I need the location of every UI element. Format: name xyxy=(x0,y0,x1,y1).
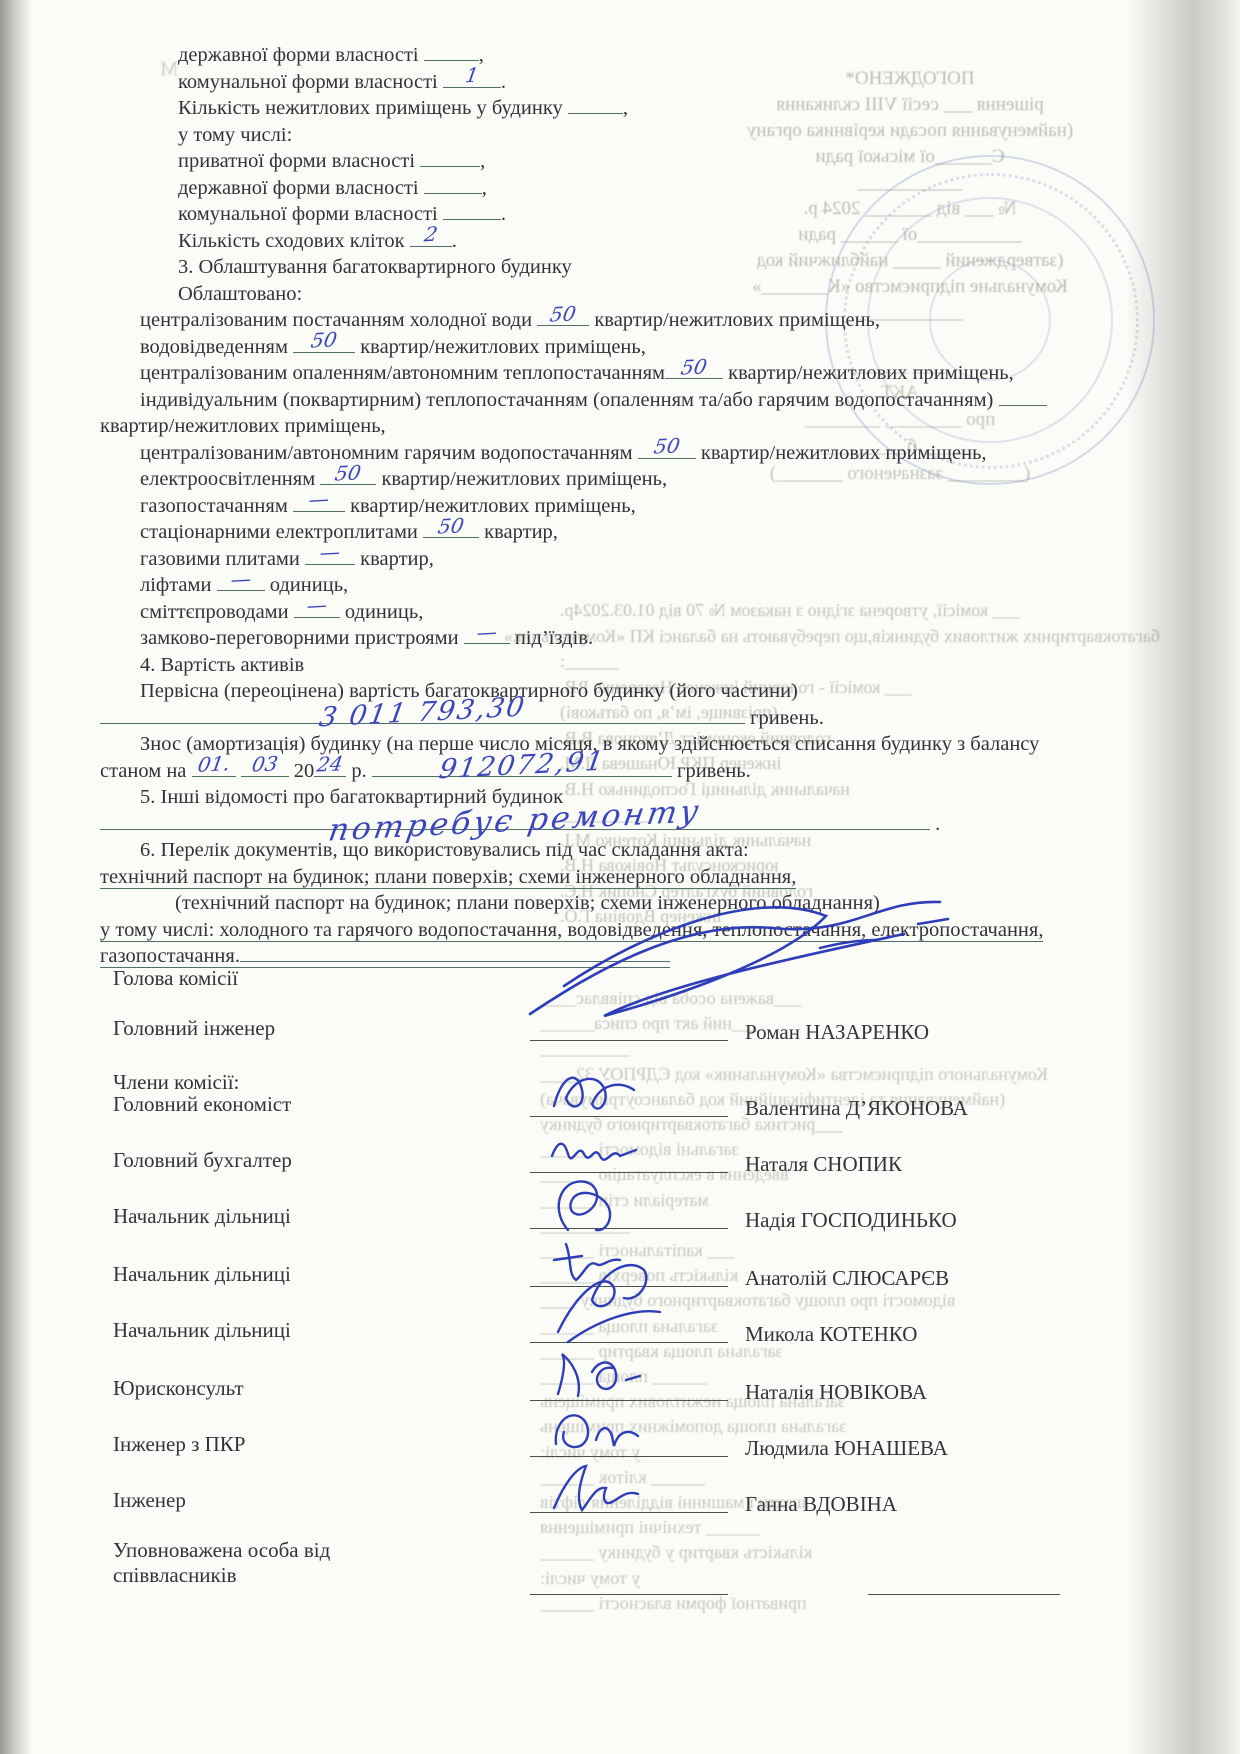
printed-text: газопостачання. xyxy=(100,945,240,967)
printed-text: гривень. xyxy=(672,760,751,782)
printed-text: , xyxy=(482,177,487,199)
body-line: газопостачанням — квартир/нежитлових при… xyxy=(140,493,1175,520)
body-line: індивідуальним (поквартирним) теплопоста… xyxy=(140,387,1175,414)
handwritten-value: — xyxy=(291,485,348,514)
printed-text: комунальної форми власності xyxy=(178,203,443,225)
signatory-name: Наталя СНОПИК xyxy=(745,1152,902,1177)
signatory-role-label: Начальник дільниці xyxy=(113,1262,291,1287)
body-line: Кількість нежитлових приміщень у будинку… xyxy=(178,95,1175,122)
blank-fill-line: 2 xyxy=(410,228,452,247)
signature-chairman-scribble xyxy=(520,862,980,1042)
signatory-name: Ганна ВДОВІНА xyxy=(745,1492,897,1517)
printed-text: квартир/нежитлових приміщень, xyxy=(589,309,880,331)
scanned-document-page: МПОГОДЖЕНО*рішення ___ сесії VIII склика… xyxy=(0,0,1240,1754)
document-body-text: державної форми власності ,комунальної ф… xyxy=(100,42,1175,970)
printed-text: . xyxy=(501,203,506,225)
printed-text: Кількість сходових кліток xyxy=(178,230,410,252)
blank-fill-line: 3 011 793,30 xyxy=(100,705,745,724)
body-line: централізованим/автономним гарячим водоп… xyxy=(140,440,1175,467)
handwritten-value: 03 xyxy=(238,750,291,779)
printed-text: 4. Вартість активів xyxy=(140,654,304,676)
printed-text: 3. Облаштування багатоквартирного будинк… xyxy=(178,256,572,278)
printed-text: . xyxy=(930,813,940,835)
body-line: 4. Вартість активів xyxy=(140,652,1175,679)
handwritten-value: 50 xyxy=(635,432,698,461)
blank-fill-line: 50 xyxy=(537,307,589,326)
body-line: Кількість сходових кліток 2. xyxy=(178,228,1175,255)
printed-text: сміттєпроводами xyxy=(140,601,294,623)
signature-scribble xyxy=(548,1060,648,1124)
printed-text: квартир, xyxy=(355,548,434,570)
body-line: у тому числі: xyxy=(178,122,1175,149)
signatory-name: Наталія НОВІКОВА xyxy=(745,1380,927,1405)
signature-line xyxy=(530,1594,728,1595)
handwritten-value: 50 xyxy=(318,458,379,487)
printed-text: Облаштовано: xyxy=(178,283,302,305)
blank-fill-line xyxy=(999,387,1047,406)
printed-text: одиниць, xyxy=(340,601,424,623)
blank-fill-line xyxy=(424,42,479,61)
name-blank-line xyxy=(868,1594,1060,1595)
signatory-role-label: Юрисконсульт xyxy=(113,1376,244,1401)
blank-fill-line: 50 xyxy=(665,360,723,379)
body-line: 3 011 793,30 гривень. xyxy=(100,705,1175,732)
blank-fill-line: — xyxy=(294,599,340,618)
printed-text: станом на xyxy=(100,760,192,782)
printed-text: квартир/нежитлових приміщень, xyxy=(376,468,667,490)
printed-text: квартир/нежитлових приміщень, xyxy=(723,362,1014,384)
blank-fill-line: — xyxy=(217,572,265,591)
body-line: квартир/нежитлових приміщень, xyxy=(100,413,1175,440)
printed-text: квартир/нежитлових приміщень, xyxy=(355,336,646,358)
body-line: водовідведенням 50 квартир/нежитлових пр… xyxy=(140,334,1175,361)
signature-scribble xyxy=(548,1400,648,1464)
printed-text: газопостачанням xyxy=(140,495,293,517)
printed-text: квартир/нежитлових приміщень, xyxy=(696,442,987,464)
blank-fill-line: 24 xyxy=(314,758,346,777)
printed-text: індивідуальним (поквартирним) теплопоста… xyxy=(140,389,999,411)
printed-text: ліфтами xyxy=(140,574,217,596)
printed-text: квартир/нежитлових приміщень, xyxy=(345,495,636,517)
blank-fill-line xyxy=(424,175,482,194)
signature-scribble xyxy=(548,1116,648,1180)
signature-scribble xyxy=(548,1344,648,1408)
printed-text: замково-переговорними пристроями xyxy=(140,627,464,649)
handwritten-value: 50 xyxy=(291,325,358,355)
signatory-role-label: Начальник дільниці xyxy=(113,1318,291,1343)
signature-scribble xyxy=(548,1246,678,1350)
blank-fill-line: 912072,91 xyxy=(372,758,672,777)
printed-text: під’їздів. xyxy=(510,627,593,649)
bleed-through-line: кількість квартир у будинку ______ xyxy=(540,1540,1160,1565)
printed-text: водовідведенням xyxy=(140,336,293,358)
handwritten-value: 24 xyxy=(312,750,349,778)
printed-text: . xyxy=(452,230,457,252)
signatory-role-label: Головний інженер xyxy=(113,1016,275,1041)
printed-text: р. xyxy=(346,760,372,782)
signatory-role-label: Голова комісії xyxy=(113,966,238,991)
signatory-role-label: Головний економіст xyxy=(113,1092,291,1117)
body-line: замково-переговорними пристроями — під’ї… xyxy=(140,625,1175,652)
printed-text: , xyxy=(480,150,485,172)
body-line: станом на 01. 03 2024 р. 912072,91 гриве… xyxy=(100,758,1175,785)
handwritten-value: — xyxy=(461,617,512,646)
handwritten-value: 1 xyxy=(440,61,503,90)
body-line: Облаштовано: xyxy=(178,281,1175,308)
scan-left-edge-shadow xyxy=(0,0,32,1754)
signatory-name: Людмила ЮНАШЕВА xyxy=(745,1436,948,1461)
signatory-name: Надія ГОСПОДИНЬКО xyxy=(745,1208,957,1233)
printed-text: державної форми власності xyxy=(178,44,424,66)
body-line: стаціонарними електроплитами 50 квартир, xyxy=(140,519,1175,546)
blank-fill-line: 03 xyxy=(241,758,289,777)
blank-fill-line: 01. xyxy=(192,758,236,777)
printed-text: приватної форми власності xyxy=(178,150,420,172)
signature-scribble xyxy=(548,1456,648,1520)
blank-fill-line xyxy=(443,201,501,220)
printed-text: квартир, xyxy=(479,521,558,543)
blank-fill-line: 50 xyxy=(423,519,479,538)
blank-fill-line: — xyxy=(305,546,355,565)
signatory-role-label: Начальник дільниці xyxy=(113,1204,291,1229)
body-line: приватної форми власності , xyxy=(178,148,1175,175)
printed-text: комунальної форми власності xyxy=(178,71,443,93)
printed-text: гривень. xyxy=(745,707,824,729)
printed-text: . xyxy=(501,71,506,93)
handwritten-value: — xyxy=(303,538,358,567)
signatory-role-label: Інженер з ПКР xyxy=(113,1432,246,1457)
blank-fill-line: потребує ремонту xyxy=(100,811,930,830)
body-line: сміттєпроводами — одиниць, xyxy=(140,599,1175,626)
blank-fill-line: — xyxy=(293,493,345,512)
printed-text: Кількість нежитлових приміщень у будинку xyxy=(178,97,568,119)
signatory-name: Микола КОТЕНКО xyxy=(745,1322,917,1347)
printed-text: , xyxy=(623,97,628,119)
printed-text: централізованим опаленням/автономним теп… xyxy=(140,362,665,384)
signatory-role-label: Уповноважена особа від співвласників xyxy=(113,1538,330,1588)
body-line: комунальної форми власності . xyxy=(178,201,1175,228)
body-line: 3. Облаштування багатоквартирного будинк… xyxy=(178,254,1175,281)
printed-text: у тому числі: xyxy=(178,124,292,146)
handwritten-value: 01. xyxy=(189,750,238,779)
blank-fill-line: 50 xyxy=(638,440,696,459)
signatory-name: Валентина Д’ЯКОНОВА xyxy=(745,1096,968,1121)
blank-fill-line xyxy=(568,95,623,114)
body-line: державної форми власності , xyxy=(178,175,1175,202)
blank-fill-line: 50 xyxy=(293,334,355,353)
body-line: газовими плитами — квартир, xyxy=(140,546,1175,573)
body-line: централізованим опаленням/автономним теп… xyxy=(140,360,1175,387)
handwritten-value: — xyxy=(214,564,267,593)
handwritten-value: 50 xyxy=(421,511,482,540)
blank-fill-line xyxy=(420,148,480,167)
blank-fill-line: 1 xyxy=(443,69,501,88)
printed-text: квартир/нежитлових приміщень, xyxy=(100,415,386,437)
body-line: державної форми власності , xyxy=(178,42,1175,69)
blank-fill-line: — xyxy=(464,625,510,644)
bleed-through-line: у тому числі: xyxy=(540,1566,1160,1591)
handwritten-value: 50 xyxy=(663,352,726,381)
printed-text: централізованим/автономним гарячим водоп… xyxy=(140,442,638,464)
printed-text: державної форми власності xyxy=(178,177,424,199)
body-line: потребує ремонту . xyxy=(100,811,1175,838)
printed-text: 20 xyxy=(289,760,315,782)
handwritten-value: 50 xyxy=(535,299,592,328)
signatory-name: Анатолій СЛЮСАРЄВ xyxy=(745,1266,949,1291)
blank-fill-line: 50 xyxy=(320,466,376,485)
printed-text: стаціонарними електроплитами xyxy=(140,521,423,543)
printed-text: електроосвітленням xyxy=(140,468,320,490)
handwritten-value: 2 xyxy=(407,220,454,249)
body-line: комунальної форми власності 1. xyxy=(178,69,1175,96)
signatory-role-label: Головний бухгалтер xyxy=(113,1148,292,1173)
signatory-role-label: Інженер xyxy=(113,1488,186,1513)
handwritten-value: — xyxy=(291,591,342,620)
signature-scribble xyxy=(548,1172,648,1236)
